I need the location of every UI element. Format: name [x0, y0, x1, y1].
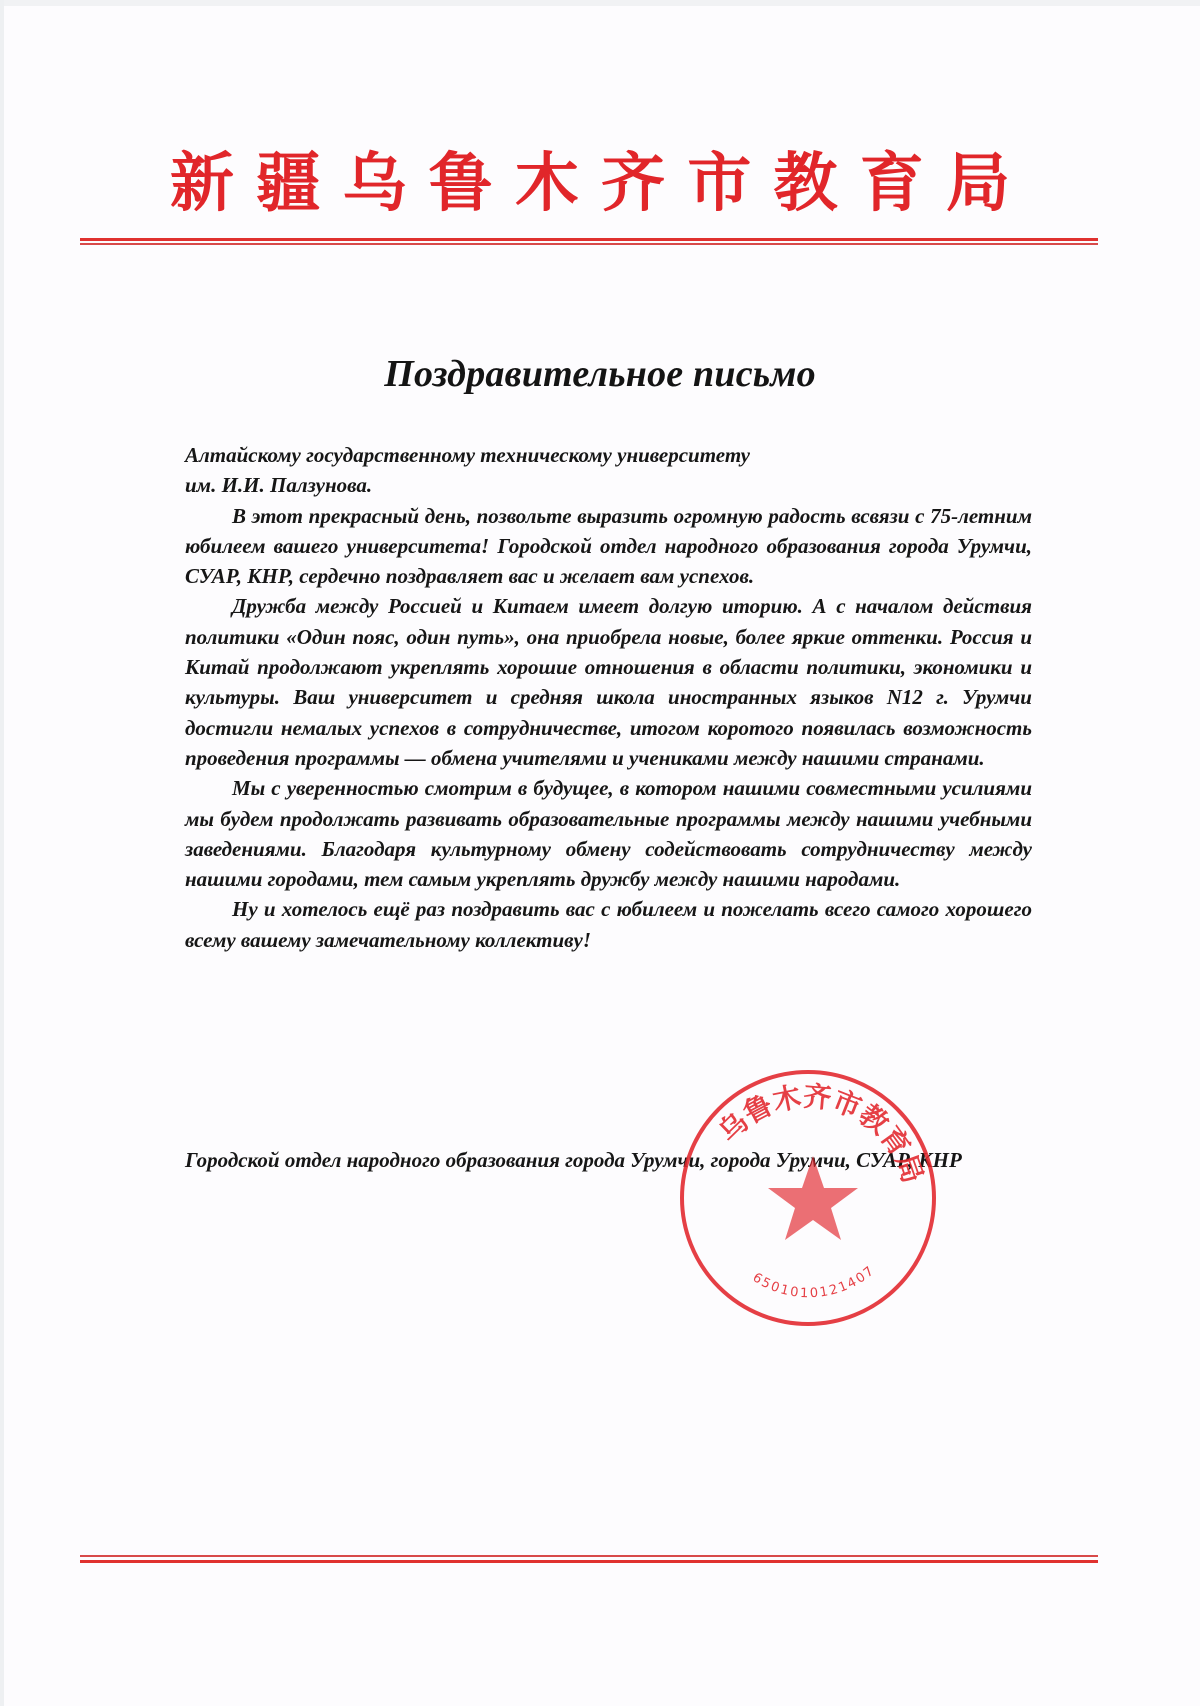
- letterhead-char: 齐: [591, 142, 675, 226]
- seal-ring: [682, 1072, 934, 1324]
- letterhead-char: 乌: [332, 142, 416, 226]
- official-seal: 乌鲁木齐市教育局 6501010121407: [678, 1068, 938, 1328]
- letterhead-char: 疆: [246, 142, 330, 226]
- seal-number: 6501010121407: [750, 1263, 879, 1301]
- footer-rule-thin: [80, 1555, 1098, 1557]
- letterhead-char: 新: [160, 142, 244, 226]
- header-rule-thin: [80, 243, 1098, 245]
- letterhead: 新 疆 乌 鲁 木 齐 市 教 育 局: [160, 142, 1020, 226]
- paragraph: Ну и хотелось ещё раз поздравить вас с ю…: [185, 894, 1032, 955]
- letter-body: Алтайскому государственному техническому…: [185, 440, 1032, 955]
- letterhead-char: 木: [505, 142, 589, 226]
- letter-page: 新 疆 乌 鲁 木 齐 市 教 育 局 Поздравительное пись…: [0, 0, 1200, 1706]
- letterhead-char: 市: [677, 142, 761, 226]
- addressee-line-1: Алтайскому государственному техническому…: [185, 440, 1032, 470]
- letterhead-char: 育: [850, 142, 934, 226]
- letterhead-char: 教: [764, 142, 848, 226]
- letterhead-char: 局: [936, 142, 1020, 226]
- addressee-line-2: им. И.И. Палзунова.: [185, 470, 1032, 500]
- paragraph: Дружба между Россией и Китаем имеет долг…: [185, 591, 1032, 773]
- paragraph: В этот прекрасный день, позвольте вырази…: [185, 501, 1032, 592]
- header-rule-thick: [80, 238, 1098, 241]
- footer-rule-thick: [80, 1560, 1098, 1563]
- paragraph: Мы с уверенностью смотрим в будущее, в к…: [185, 773, 1032, 894]
- document-title: Поздравительное письмо: [0, 352, 1200, 396]
- signature: Городской отдел народного образования го…: [185, 1145, 1032, 1175]
- letterhead-char: 鲁: [419, 142, 503, 226]
